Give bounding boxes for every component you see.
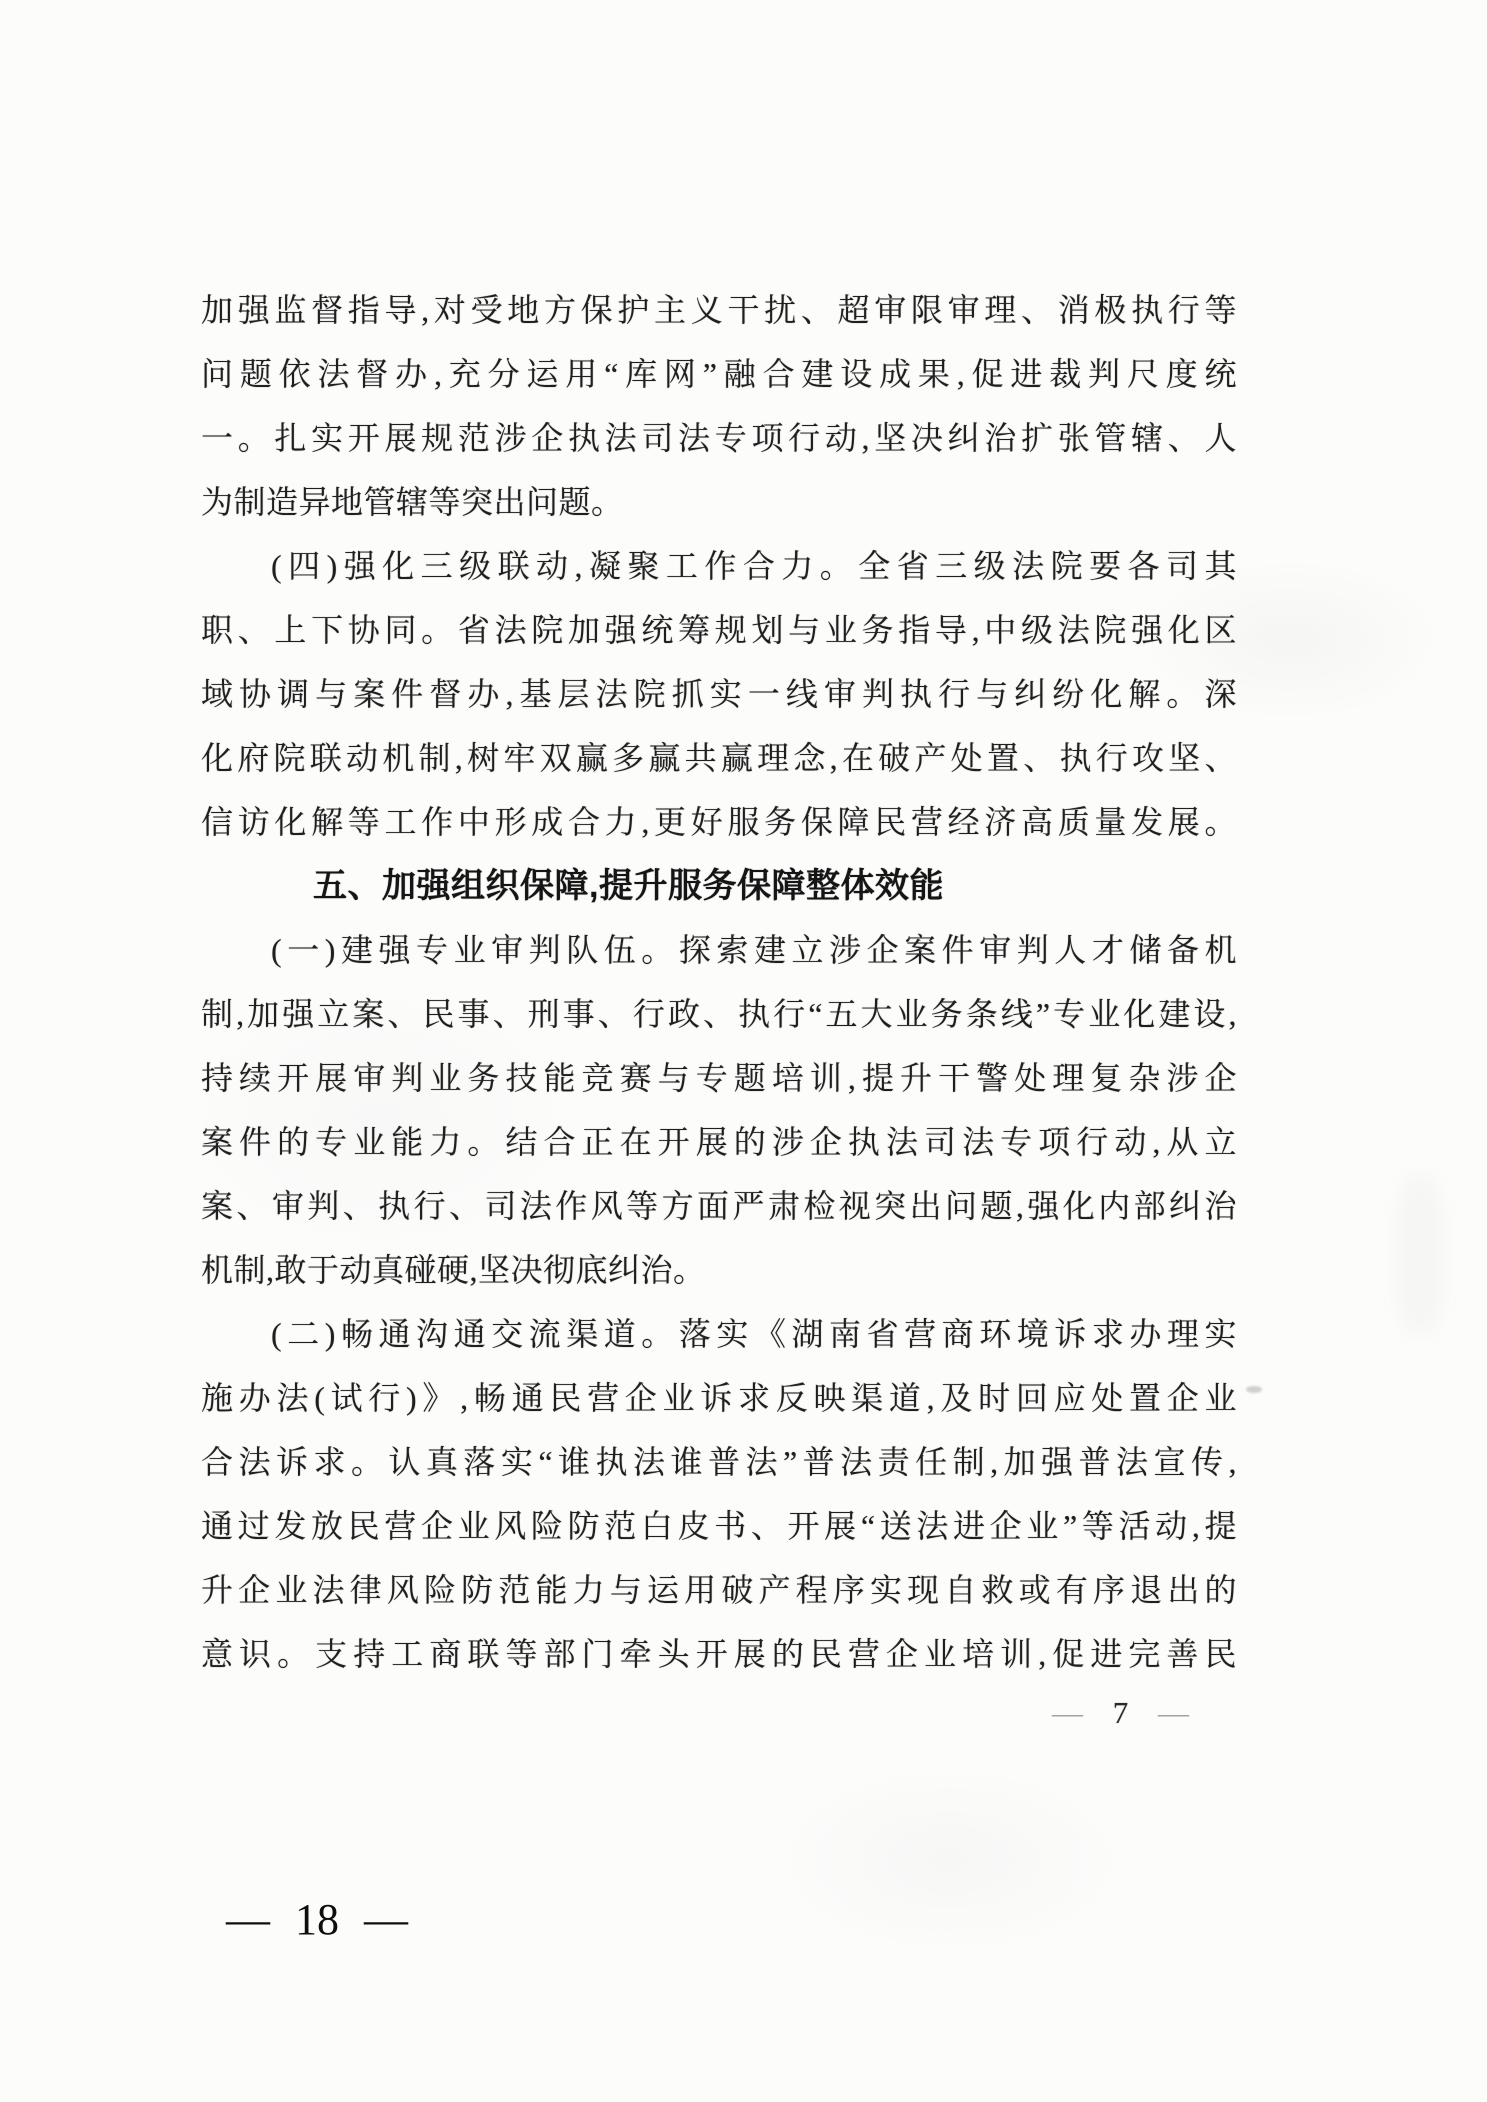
text-line: 制,加强立案、民事、刑事、行政、执行“五大业务条线”专业化建设, — [201, 982, 1237, 1046]
text-line: 通过发放民营企业风险防范白皮书、开展“送法进企业”等活动,提 — [201, 1494, 1237, 1558]
text-line: 机制,敢于动真碰硬,坚决彻底纠治。 — [201, 1238, 1237, 1302]
text-line: 为制造异地管辖等突出问题。 — [201, 470, 1237, 534]
text-line: 升企业法律风险防范能力与运用破产程序实现自救或有序退出的 — [201, 1558, 1237, 1622]
page-number-right-dash: — — [1158, 1695, 1189, 1730]
text-line: (四)强化三级联动,凝聚工作合力。全省三级法院要各司其 — [201, 534, 1237, 598]
text-line: 加强监督指导,对受地方保护主义干扰、超审限审理、消极执行等 — [201, 278, 1237, 342]
page-number-value: 7 — [1113, 1695, 1129, 1730]
document-body: 加强监督指导,对受地方保护主义干扰、超审限审理、消极执行等 问题依法督办,充分运… — [201, 278, 1237, 1686]
scan-artifact — [1246, 1386, 1262, 1393]
text-line: 一。扎实开展规范涉企执法司法专项行动,坚决纠治扩张管辖、人 — [201, 406, 1237, 470]
inner-page-number: — 7 — — [1052, 1692, 1189, 1734]
text-line: 案、审判、执行、司法作风等方面严肃检视突出问题,强化内部纠治 — [201, 1174, 1237, 1238]
outer-page-number: — 18 — — [226, 1892, 408, 1948]
scan-artifact — [1395, 1175, 1445, 1335]
page-number-left-dash: — — [226, 1895, 270, 1944]
text-line: 合法诉求。认真落实“谁执法谁普法”普法责任制,加强普法宣传, — [201, 1430, 1237, 1494]
text-line: 职、上下协同。省法院加强统筹规划与业务指导,中级法院强化区 — [201, 598, 1237, 662]
page-number-value: 18 — [295, 1895, 339, 1944]
text-line: 化府院联动机制,树牢双赢多赢共赢理念,在破产处置、执行攻坚、 — [201, 726, 1237, 790]
section-heading: 五、加强组织保障,提升服务保障整体效能 — [201, 854, 1237, 918]
text-line: 案件的专业能力。结合正在开展的涉企执法司法专项行动,从立 — [201, 1110, 1237, 1174]
page-number-left-dash: — — [1052, 1695, 1083, 1730]
text-line: 信访化解等工作中形成合力,更好服务保障民营经济高质量发展。 — [201, 790, 1237, 854]
document-page: 加强监督指导,对受地方保护主义干扰、超审限审理、消极执行等 问题依法督办,充分运… — [0, 0, 1487, 2102]
text-line: 施办法(试行)》,畅通民营企业诉求反映渠道,及时回应处置企业 — [201, 1366, 1237, 1430]
text-line: 问题依法督办,充分运用“库网”融合建设成果,促进裁判尺度统 — [201, 342, 1237, 406]
text-line: (一)建强专业审判队伍。探索建立涉企案件审判人才储备机 — [201, 918, 1237, 982]
text-line: 意识。支持工商联等部门牵头开展的民营企业培训,促进完善民 — [201, 1622, 1237, 1686]
text-line: 持续开展审判业务技能竞赛与专题培训,提升干警处理复杂涉企 — [201, 1046, 1237, 1110]
text-line: 域协调与案件督办,基层法院抓实一线审判执行与纠纷化解。深 — [201, 662, 1237, 726]
text-line: (二)畅通沟通交流渠道。落实《湖南省营商环境诉求办理实 — [201, 1302, 1237, 1366]
page-number-right-dash: — — [364, 1895, 408, 1944]
